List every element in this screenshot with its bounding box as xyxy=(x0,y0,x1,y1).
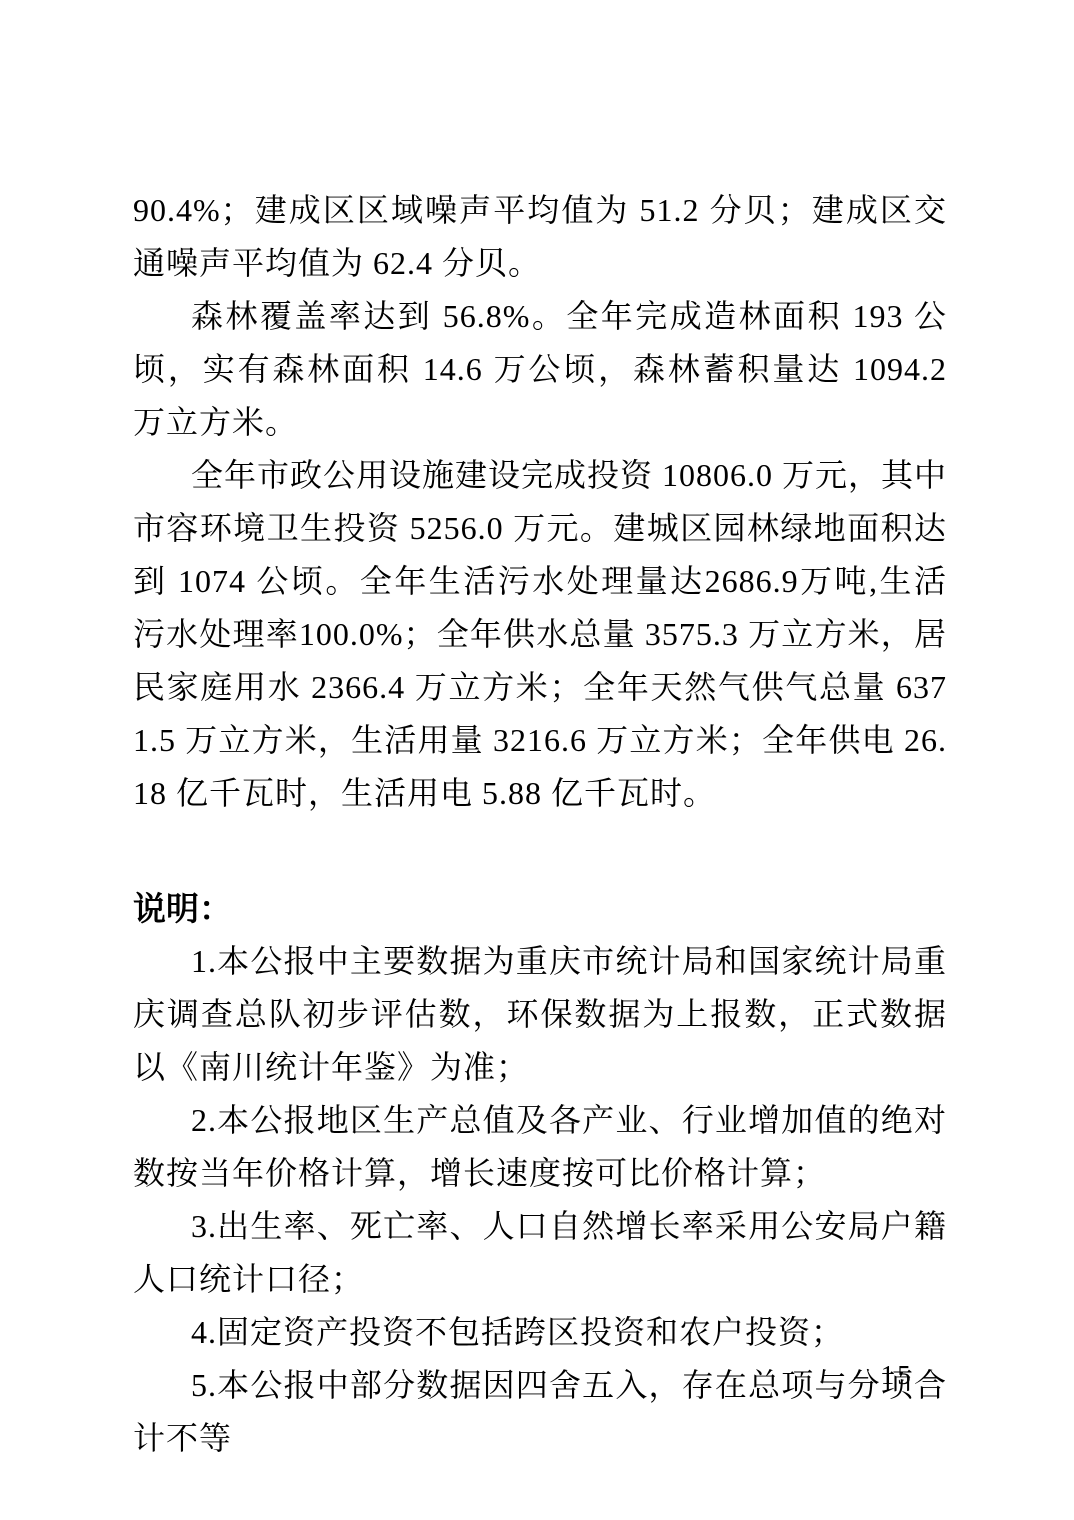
note-item-5: 5.本公报中部分数据因四舍五入，存在总项与分项合计不等 xyxy=(133,1359,947,1465)
note-item-4: 4.固定资产投资不包括跨区投资和农户投资； xyxy=(133,1306,947,1359)
notes-heading: 说明： xyxy=(133,882,947,935)
note-item-3: 3.出生率、死亡率、人口自然增长率采用公安局户籍人口统计口径； xyxy=(133,1200,947,1306)
note-item-2: 2.本公报地区生产总值及各产业、行业增加值的绝对数按当年价格计算，增长速度按可比… xyxy=(133,1094,947,1200)
page-number: – 15 – xyxy=(855,1360,941,1390)
text-block: 90.4%；建成区区域噪声平均值为 51.2 分贝；建成区交通噪声平均值为 62… xyxy=(133,184,947,1465)
paragraph-municipal-utilities: 全年市政公用设施建设完成投资 10806.0 万元，其中市容环境卫生投资 525… xyxy=(133,449,947,820)
paragraph-forest-coverage: 森林覆盖率达到 56.8%。全年完成造林面积 193 公顷，实有森林面积 14.… xyxy=(133,290,947,449)
paragraph-noise-levels: 90.4%；建成区区域噪声平均值为 51.2 分贝；建成区交通噪声平均值为 62… xyxy=(133,184,947,290)
document-page: 90.4%；建成区区域噪声平均值为 51.2 分贝；建成区交通噪声平均值为 62… xyxy=(0,0,1074,1520)
note-item-1: 1.本公报中主要数据为重庆市统计局和国家统计局重庆调查总队初步评估数，环保数据为… xyxy=(133,935,947,1094)
